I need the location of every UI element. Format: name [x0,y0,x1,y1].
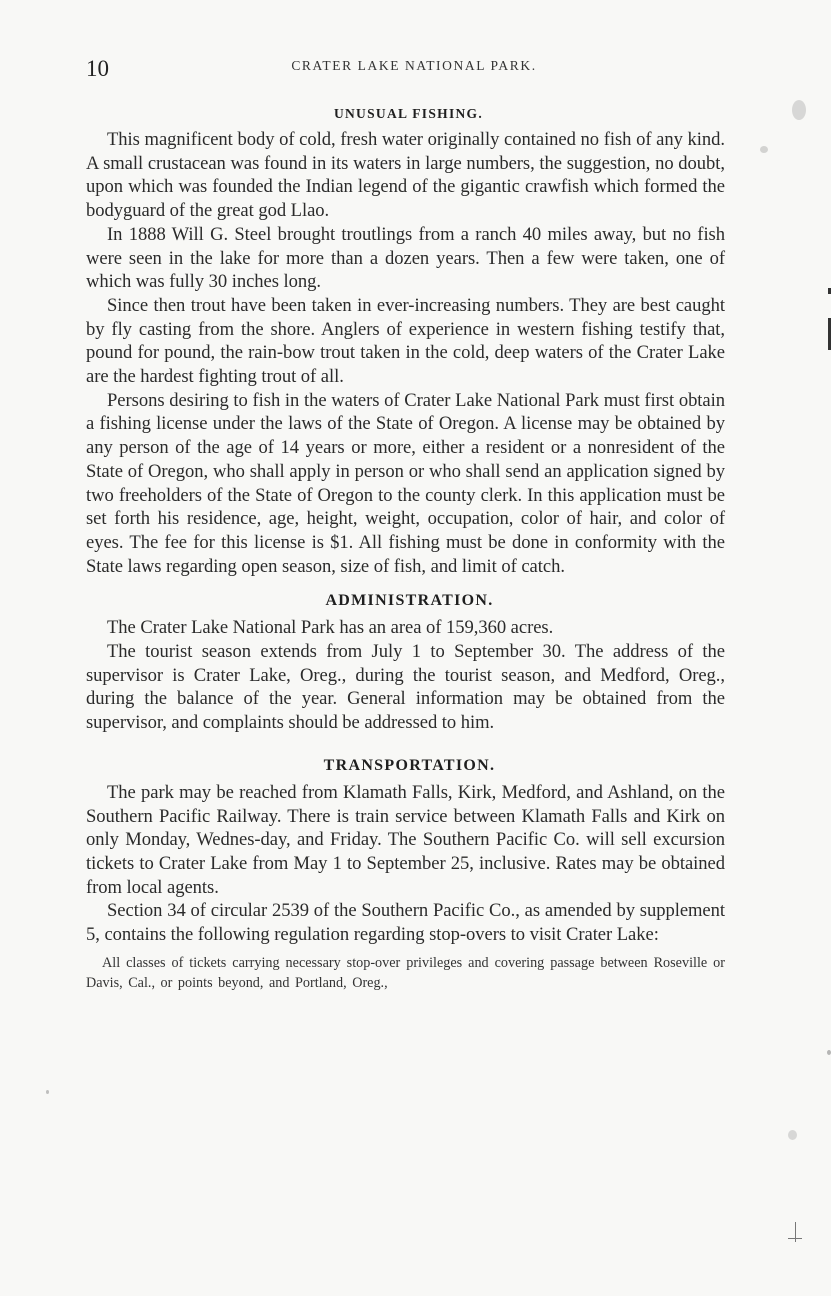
running-title: CRATER LAKE NATIONAL PARK. [86,58,726,74]
scan-artifact [760,146,768,153]
paragraph: Since then trout have been taken in ever… [86,294,725,389]
paragraph: The park may be reached from Klamath Fal… [86,781,725,900]
paragraph: The tourist season extends from July 1 t… [86,640,725,735]
body-text: UNUSUAL FISHING. This magnificent body o… [86,100,725,993]
paragraph: This magnificent body of cold, fresh wat… [86,128,725,223]
section-heading-unusual-fishing: UNUSUAL FISHING. [86,100,725,128]
scan-artifact-mark [788,1238,802,1239]
running-head: 10 CRATER LAKE NATIONAL PARK. [86,54,726,84]
scan-artifact [788,1130,797,1140]
scan-artifact-mark [795,1222,796,1242]
scan-artifact [46,1090,49,1094]
paragraph: In 1888 Will G. Steel brought troutlings… [86,223,725,294]
section-heading-transportation: TRANSPORTATION. [86,751,725,781]
section-heading-administration: ADMINISTRATION. [86,586,725,616]
paragraph: Section 34 of circular 2539 of the South… [86,899,725,946]
scanned-page: 10 CRATER LAKE NATIONAL PARK. UNUSUAL FI… [0,0,831,1296]
scan-artifact [792,100,806,120]
scan-artifact [827,1050,831,1055]
block-quote: All classes of tickets carrying necessar… [86,953,725,993]
paragraph: The Crater Lake National Park has an are… [86,616,725,640]
paragraph: Persons desiring to fish in the waters o… [86,389,725,579]
